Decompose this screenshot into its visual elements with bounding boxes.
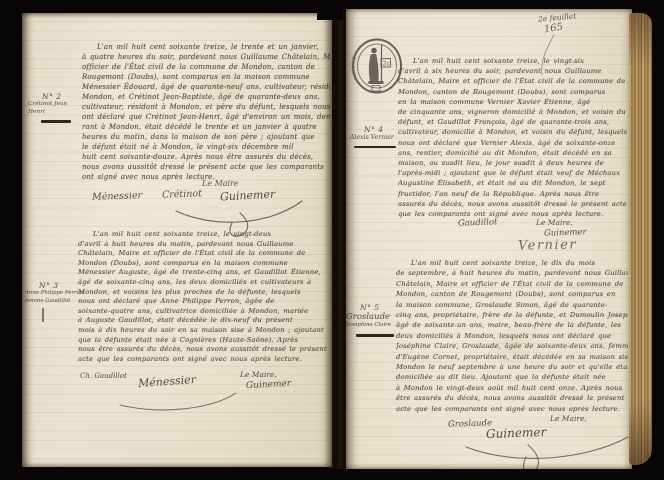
manuscript-line: à quatre heures du soir, pardevant nous … — [82, 52, 330, 62]
manuscript-line: Ménessier Auguste, âgé de trente-cinq an… — [78, 268, 330, 278]
sheet-paraph: 165 — [543, 22, 564, 36]
manuscript-line: L'an mil huit cent soixante treize, le t… — [82, 42, 330, 52]
manuscript-line: défunt, et Gaudillot François, âgé de qu… — [398, 117, 628, 127]
manuscript-line: fructidor, l'an neuf de la République. A… — [398, 189, 628, 199]
le-maire-label: Le Maire, — [536, 218, 573, 227]
manuscript-line: être assurés du décès, nous avons aussit… — [396, 393, 628, 403]
manuscript-line: nous avons aussitôt dressé le présent ac… — [82, 162, 330, 172]
manuscript-line: L'an mil huit cent soixante treize, le v… — [78, 230, 330, 240]
manuscript-line: d'Eugène Cornet, propriétaire, était déc… — [396, 352, 628, 362]
manuscript-line: ans, rentier, domicilié au dit Mondon, é… — [398, 148, 628, 158]
le-maire-label: Le Maire — [202, 179, 239, 188]
le-maire-label: Le Maire, — [240, 370, 277, 379]
manuscript-line: domiciliée au dit lieu. Ajoutant que la … — [396, 372, 628, 382]
manuscript-line: huit cent soixante-douze. Après nous êtr… — [82, 152, 330, 162]
death-record-act-2: L'an mil huit cent soixante treize, le t… — [82, 42, 330, 182]
manuscript-line: Châtelain, Maire et officier de l'État c… — [78, 249, 330, 259]
manuscript-line: rant à Mondon, était décédé le trente et… — [82, 122, 330, 132]
manuscript-line: Châtelain, Maire et officier de l'État c… — [396, 279, 628, 289]
margin-underline — [41, 120, 71, 123]
signature: Ch. Gaudillot — [80, 372, 127, 380]
manuscript-line: nous ont déclaré que Anne Philippe Perro… — [78, 297, 330, 307]
signature: Vernier — [518, 237, 577, 253]
manuscript-line: de cinquante ans, vigneron domicilié à M… — [398, 107, 628, 117]
manuscript-line: mois à dix heures du soir en sa maison s… — [78, 326, 330, 336]
manuscript-line: la maison commune, Groslaude Simon, âgé … — [396, 300, 628, 310]
manuscript-line: le défunt était né à Mondon, le vingt-si… — [82, 142, 330, 152]
stamp-ring-text: TIMBRE — [351, 55, 360, 81]
manuscript-line: deux domiciliés à Mondon, lesquels nous … — [396, 331, 628, 341]
svg-text:TIMBRE: TIMBRE — [351, 55, 360, 81]
manuscript-line: Mondon (Doubs), sont comparus en la mais… — [78, 259, 330, 269]
signature: Gaudillot — [458, 217, 498, 228]
manuscript-line: Ménessier Édouard, âgé de quarante-neuf … — [82, 82, 330, 92]
manuscript-line: de septembre, à huit heures du matin, pa… — [396, 268, 628, 278]
manuscript-line: Mondon, canton de Rougemont (Doubs), son… — [396, 289, 628, 299]
margin-underline — [354, 146, 396, 149]
manuscript-line: Rougemont (Doubs), sont comparus en la m… — [82, 72, 330, 82]
manuscript-line: officier de l'État civil de la commune d… — [82, 62, 330, 72]
manuscript-line: à Mondon le vingt-deux août mil huit cen… — [396, 383, 628, 393]
signature: Guinemer — [220, 188, 276, 204]
manuscript-line: L'an mil huit cent soixante treize, le d… — [396, 258, 628, 268]
death-record-act-4: L'an mil huit cent soixante treize, le v… — [398, 56, 628, 219]
signature: Guinemer — [486, 425, 547, 441]
manuscript-line: acte que les comparants ont signé avec n… — [396, 404, 628, 414]
manuscript-line: âgé de soixante-un ans, maire, beau-frèr… — [396, 320, 628, 330]
manuscript-line: heures du matin, dans la maison de son p… — [82, 132, 330, 142]
manuscript-line: cinq ans, propriétaire, frère de la défu… — [396, 310, 628, 320]
manuscript-line: Mondon, et Crétinot Jean-Baptiste, âgé d… — [82, 92, 330, 102]
margin-underline — [356, 334, 394, 337]
right-page: 2e feuillet 165 2c TIMBRE N° 4 Alexis Ve… — [346, 9, 632, 469]
manuscript-line: cultivateur, résidant à Mondon, et père … — [82, 102, 330, 112]
page-fore-edge — [629, 13, 652, 465]
manuscript-line: nous être assurés du décès, nous avons a… — [78, 345, 330, 355]
manuscript-line: âgé de soixante-cinq ans, les deux domic… — [78, 278, 330, 288]
manuscript-line: en la maison commune Vernier Xavier Étie… — [398, 97, 628, 107]
margin-tick — [42, 308, 44, 322]
stamp-denomination: 2c — [383, 61, 391, 68]
tax-stamp-icon: 2c TIMBRE — [351, 37, 403, 95]
manuscript-line: nous ont déclaré que Vernier Alexis, âgé… — [398, 138, 628, 148]
manuscript-line: acte que les comparants ont signé avec n… — [78, 355, 330, 365]
manuscript-line: maison, au susdit lieu, le jour susdit à… — [398, 158, 628, 168]
manuscript-line: L'an mil huit cent soixante treize, le v… — [398, 56, 628, 66]
manuscript-line: d'avril à six heures du soir, pardevant … — [398, 66, 628, 76]
left-page: N° 2 Crétinot JeanHenri L'an mil huit ce… — [22, 13, 332, 467]
manuscript-line: assurés du décès, nous avons aussitôt dr… — [398, 199, 628, 209]
death-record-act-3: L'an mil huit cent soixante treize, le v… — [78, 230, 330, 364]
manuscript-line: ont déclaré que Crétinot Jean-Henri, âgé… — [82, 112, 330, 122]
le-maire-label: Le Maire, — [550, 414, 587, 423]
manuscript-line: Châtelain, Maire et officier de l'État c… — [398, 76, 628, 86]
top-gap — [317, 0, 343, 20]
manuscript-line: Mondon le neuf septembre à une heure du … — [396, 362, 628, 372]
manuscript-line: Mondon, canton de Rougemont (Doubs), son… — [398, 87, 628, 97]
signature: Crétinot — [162, 188, 202, 200]
manuscript-line: d'avril à huit heures du matin, pardevan… — [78, 240, 330, 250]
manuscript-line: soixante-quatre ans, cultivatrice domici… — [78, 307, 330, 317]
signature: Ménessier — [92, 190, 142, 203]
manuscript-line: que les comparants ont signé avec nous a… — [398, 209, 628, 219]
manuscript-line: Mondon, et voisins les plus proches de l… — [78, 288, 330, 298]
manuscript-line: Joséphine Claire, Groslaude, âgée de soi… — [396, 341, 628, 351]
manuscript-line: que la défunte était née à Cognières (Ha… — [78, 336, 330, 346]
manuscript-line: cultivateur, domicilié à Mondon, et vois… — [398, 127, 628, 137]
signature: Guinemer — [246, 379, 292, 391]
signature-flourish — [112, 385, 242, 415]
death-record-act-5: L'an mil huit cent soixante treize, le d… — [396, 258, 628, 414]
manuscript-line: Augustine Élisabeth, et était né au dit … — [398, 178, 628, 188]
signature: Ménessier — [138, 373, 197, 390]
manuscript-line: l'après-midi ; ajoutant que le défunt ét… — [398, 168, 628, 178]
manuscript-line: à Auguste Gaudillot, était décédée le di… — [78, 316, 330, 326]
